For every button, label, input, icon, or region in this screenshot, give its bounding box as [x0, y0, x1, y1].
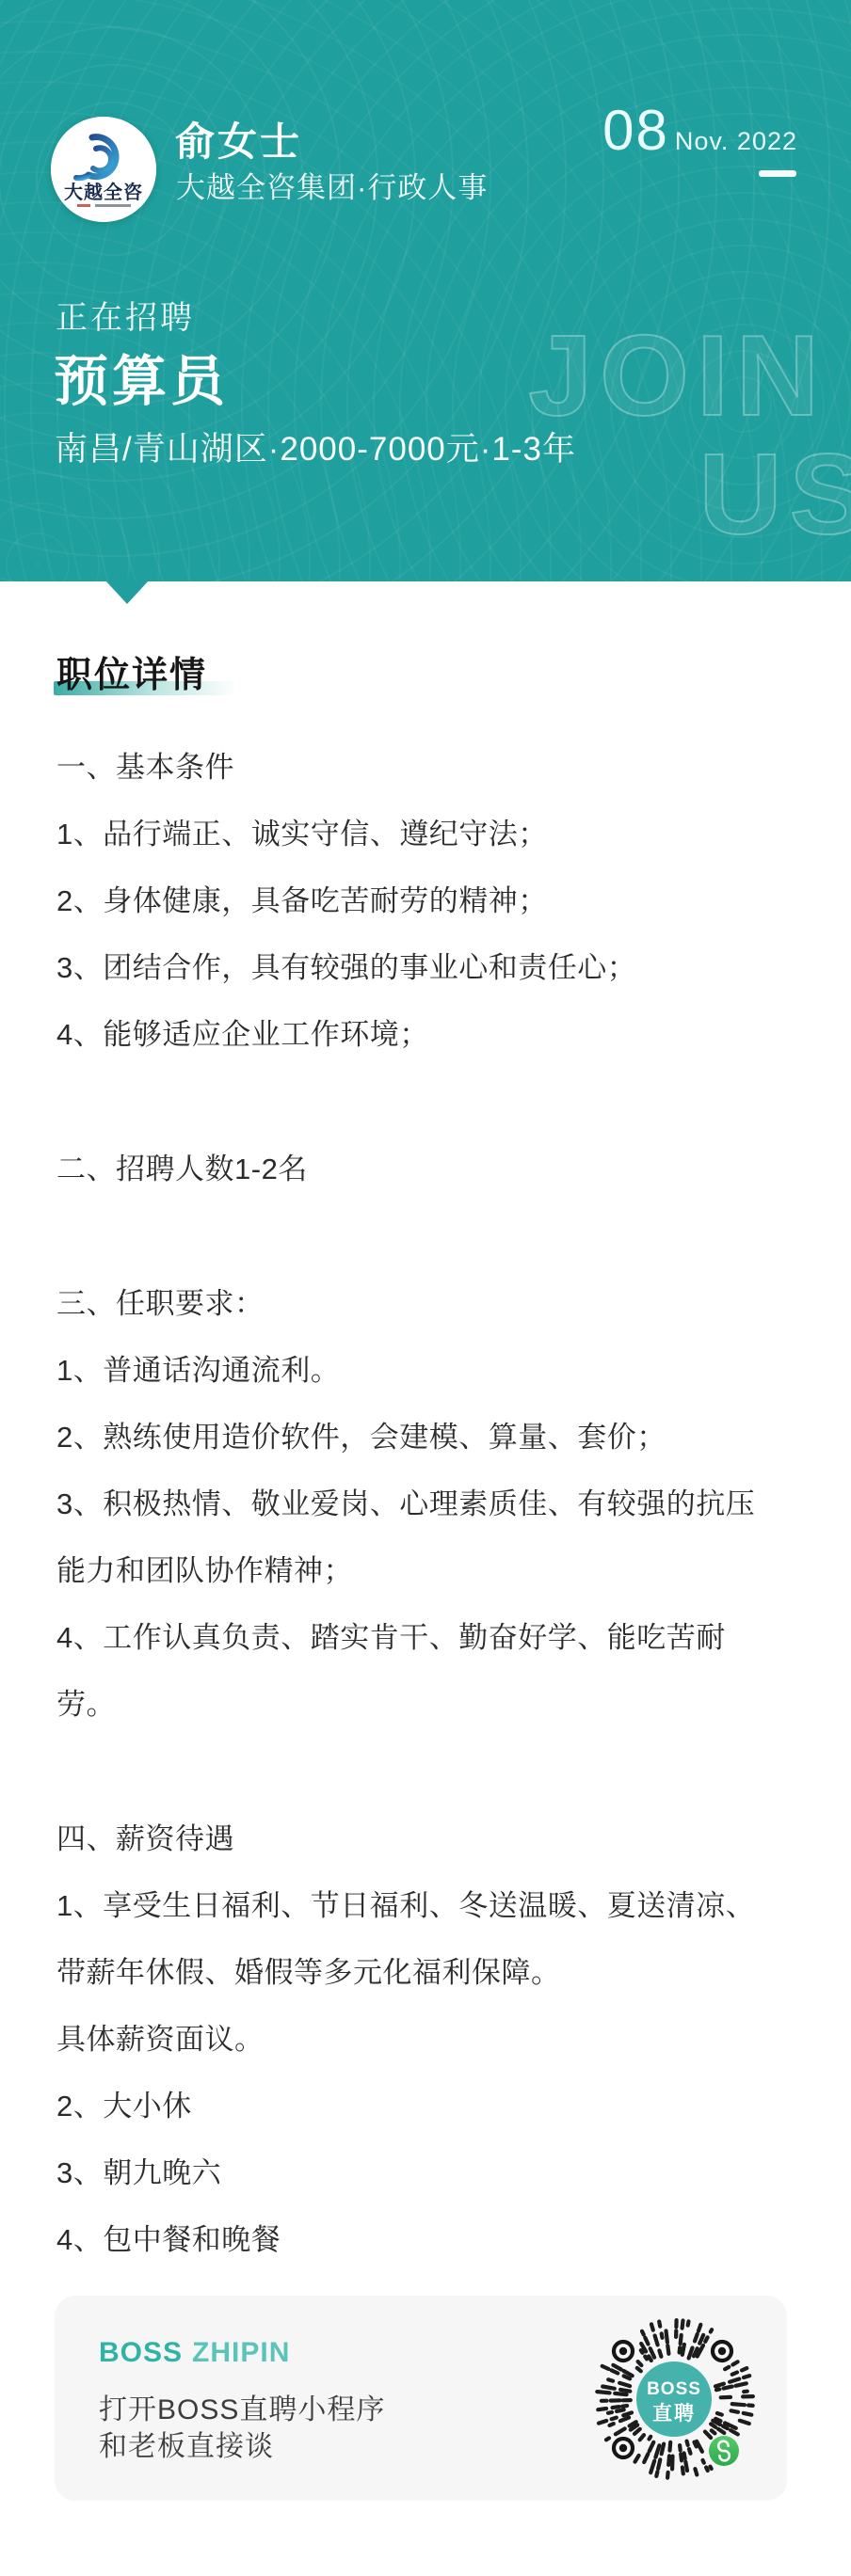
qr-finder-top-left — [614, 2342, 633, 2361]
detail-line: 2、熟练使用造价软件，会建模、算量、套价； — [56, 1404, 802, 1471]
qr-center-zhipin: 直聘 — [652, 2402, 696, 2425]
hiring-status-label: 正在招聘 — [56, 292, 195, 338]
company-logo-icon: 大越全咨 — [51, 117, 156, 222]
detail-line: 2、身体健康，具备吃苦耐劳的精神； — [56, 867, 802, 934]
date-day: 08 — [602, 98, 669, 163]
cta-line1: 打开BOSS直聘小程序 — [99, 2392, 385, 2428]
cta-text: 打开BOSS直聘小程序 和老板直接谈 — [99, 2392, 385, 2465]
qr-center-boss: BOSS — [647, 2379, 701, 2399]
cta-line2: 和老板直接谈 — [99, 2428, 385, 2465]
detail-line: 3、朝九晚六 — [56, 2139, 802, 2206]
detail-line: 4、包中餐和晚餐 — [56, 2206, 802, 2273]
mini-program-banner[interactable]: BOSSZHIPIN 打开BOSS直聘小程序 和老板直接谈 — [55, 2296, 787, 2501]
detail-spacer — [56, 1738, 802, 1805]
detail-line: 3、团结合作，具有较强的事业心和责任心； — [56, 934, 802, 1001]
detail-line: 三、任职要求： — [56, 1270, 802, 1337]
recruiter-name: 俞女士 — [175, 111, 302, 167]
qr-center-circle — [636, 2361, 712, 2437]
detail-line: 3、积极热情、敬业爱岗、心理素质佳、有较强的抗压 — [56, 1471, 802, 1537]
post-date: 08 Nov. 2022 — [602, 98, 797, 163]
date-month-year: Nov. 2022 — [675, 127, 797, 156]
hero-section: JOIN US 大越全咨 — [0, 0, 851, 581]
join-us-watermark: JOIN US — [528, 316, 851, 553]
boss-zhipin-logo: BOSSZHIPIN — [99, 2337, 290, 2369]
company-department: 大越全咨集团·行政人事 — [176, 164, 488, 206]
zhipin-logo-text: ZHIPIN — [192, 2337, 290, 2368]
detail-line: 能力和团队协作精神； — [56, 1537, 802, 1604]
detail-line: 二、招聘人数1-2名 — [56, 1136, 802, 1202]
hero-pointer — [105, 580, 149, 604]
detail-line: 1、品行端正、诚实守信、遵纪守法； — [56, 801, 802, 867]
detail-line: 带薪年休假、婚假等多元化福利保障。 — [56, 1939, 802, 2006]
logo-tagline-marks — [77, 204, 131, 207]
detail-line: 4、能够适应企业工作环境； — [56, 1001, 802, 1068]
avatar: 大越全咨 — [51, 117, 156, 222]
qr-code: BOSS 直聘 — [593, 2318, 755, 2480]
detail-spacer — [56, 1068, 802, 1136]
detail-line: 2、大小休 — [56, 2073, 802, 2139]
qr-finder-bottom-left — [614, 2439, 633, 2457]
detail-line: 4、工作认真负责、踏实肯干、勤奋好学、能吃苦耐 — [56, 1604, 802, 1671]
detail-line: 劳。 — [56, 1671, 802, 1738]
job-details-heading: 职位详情 — [56, 645, 207, 697]
detail-line: 四、薪资待遇 — [56, 1805, 802, 1872]
job-share-card: JOIN US 大越全咨 — [0, 0, 851, 2576]
boss-logo-text: BOSS — [99, 2337, 183, 2368]
company-logo-text: 大越全咨 — [64, 181, 143, 203]
detail-line: 1、普通话沟通流利。 — [56, 1337, 802, 1404]
detail-line: 具体薪资面议。 — [56, 2006, 802, 2073]
detail-line: 1、享受生日福利、节日福利、冬送温暖、夏送清凉、 — [56, 1872, 802, 1939]
location-salary-experience: 南昌/青山湖区·2000-7000元·1-3年 — [55, 423, 576, 470]
job-description: 一、基本条件1、品行端正、诚实守信、遵纪守法；2、身体健康，具备吃苦耐劳的精神；… — [56, 734, 802, 2273]
mini-program-badge — [709, 2436, 739, 2466]
date-underline — [759, 170, 796, 177]
detail-line: 一、基本条件 — [56, 734, 802, 801]
job-title: 预算员 — [54, 337, 229, 416]
qr-finder-top-right — [713, 2342, 731, 2361]
detail-spacer — [56, 1202, 802, 1270]
